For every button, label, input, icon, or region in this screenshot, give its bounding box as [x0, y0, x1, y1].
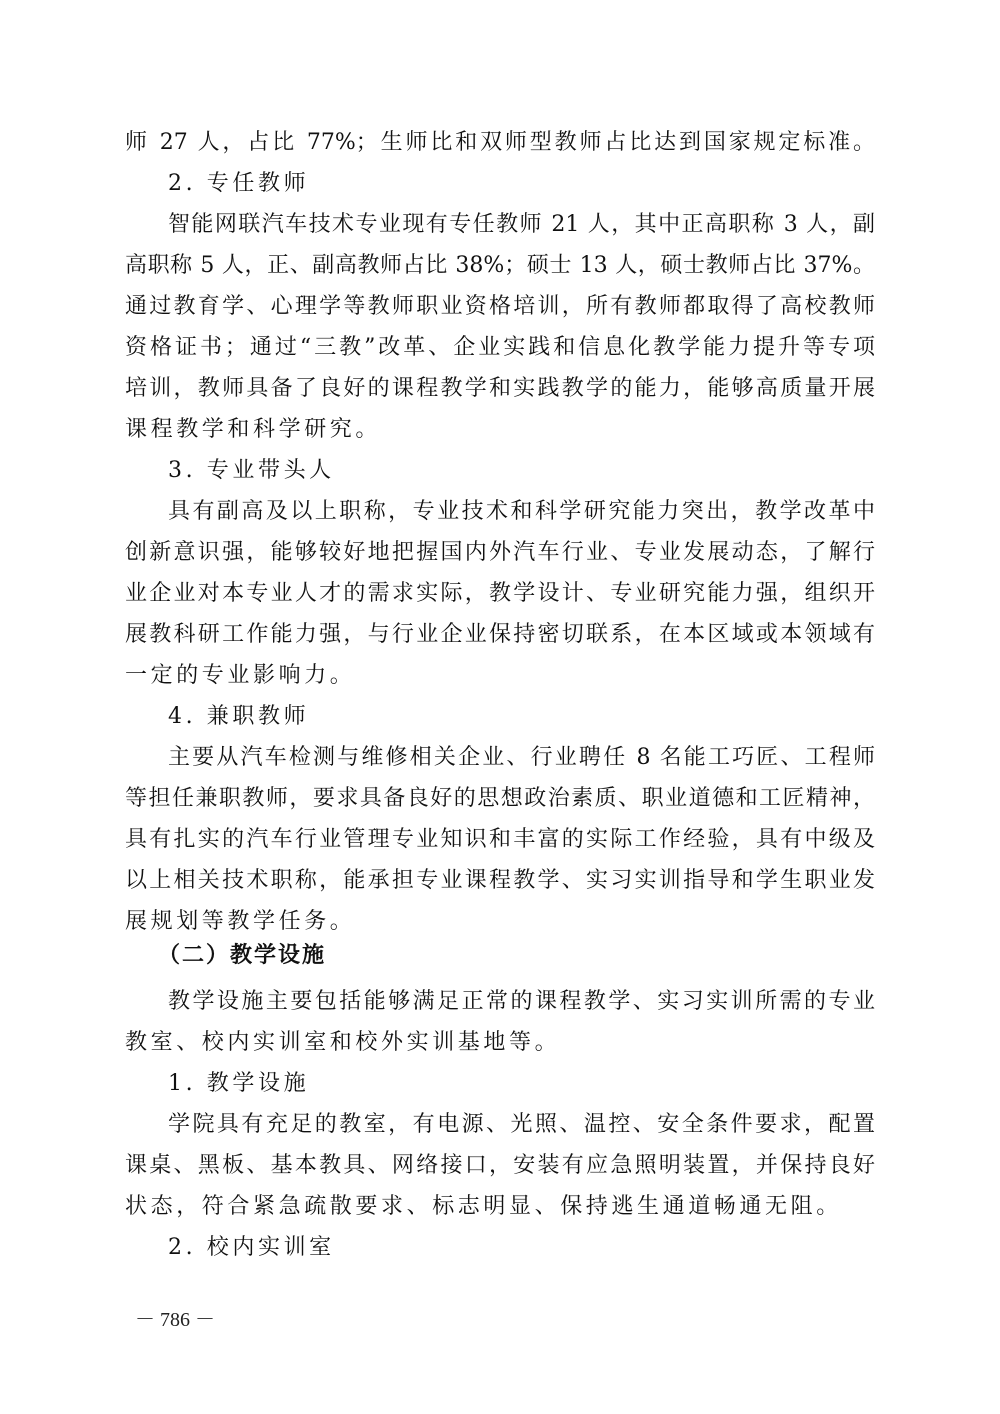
paragraph-line: 一定的专业影响力。: [125, 656, 875, 696]
paragraph-line: 状态，符合紧急疏散要求、标志明显、保持逃生通道畅通无阻。: [125, 1187, 875, 1227]
paragraph-line: 师 27 人，占比 77%；生师比和双师型教师占比达到国家规定标准。: [125, 123, 875, 163]
paragraph-line: 以上相关技术职称，能承担专业课程教学、实习实训指导和学生职业发: [125, 861, 875, 901]
paragraph-line: 教室、校内实训室和校外实训基地等。: [125, 1023, 875, 1063]
paragraph-line: 高职称 5 人，正、副高教师占比 38%；硕士 13 人，硕士教师占比 37%。: [125, 246, 875, 286]
subheading-program-leader: 3. 专业带头人: [168, 451, 918, 491]
paragraph-line: 教学设施主要包括能够满足正常的课程教学、实习实训所需的专业: [168, 982, 875, 1022]
section-heading-teaching-facilities: （二）教学设施: [158, 936, 908, 976]
paragraph-line: 展教科研工作能力强，与行业企业保持密切联系，在本区域或本领域有: [125, 615, 875, 655]
paragraph-line: 课桌、黑板、基本教具、网络接口，安装有应急照明装置，并保持良好: [125, 1146, 875, 1186]
subheading-full-time-teachers: 2. 专任教师: [168, 164, 918, 204]
paragraph-line: 具有扎实的汽车行业管理专业知识和丰富的实际工作经验，具有中级及: [125, 820, 875, 860]
paragraph-line: 培训，教师具备了良好的课程教学和实践教学的能力，能够高质量开展: [125, 369, 875, 409]
paragraph-line: 资格证书；通过“三教”改革、企业实践和信息化教学能力提升等专项: [125, 328, 875, 368]
paragraph-line: 具有副高及以上职称，专业技术和科学研究能力突出，教学改革中: [168, 492, 875, 532]
paragraph-line: 智能网联汽车技术专业现有专任教师 21 人，其中正高职称 3 人，副: [168, 205, 875, 245]
subheading-teaching-facilities: 1. 教学设施: [168, 1064, 918, 1104]
subheading-on-campus-training-rooms: 2. 校内实训室: [168, 1228, 918, 1268]
paragraph-line: 课程教学和科学研究。: [125, 410, 875, 450]
paragraph-line: 学院具有充足的教室，有电源、光照、温控、安全条件要求，配置: [168, 1105, 875, 1145]
page-number: － 786 －: [135, 1303, 215, 1332]
paragraph-line: 创新意识强，能够较好地把握国内外汽车行业、专业发展动态，了解行: [125, 533, 875, 573]
paragraph-line: 等担任兼职教师，要求具备良好的思想政治素质、职业道德和工匠精神，: [125, 779, 875, 819]
subheading-part-time-teachers: 4. 兼职教师: [168, 697, 918, 737]
paragraph-line: 主要从汽车检测与维修相关企业、行业聘任 8 名能工巧匠、工程师: [168, 738, 875, 778]
paragraph-line: 业企业对本专业人才的需求实际，教学设计、专业研究能力强，组织开: [125, 574, 875, 614]
paragraph-line: 通过教育学、心理学等教师职业资格培训，所有教师都取得了高校教师: [125, 287, 875, 327]
